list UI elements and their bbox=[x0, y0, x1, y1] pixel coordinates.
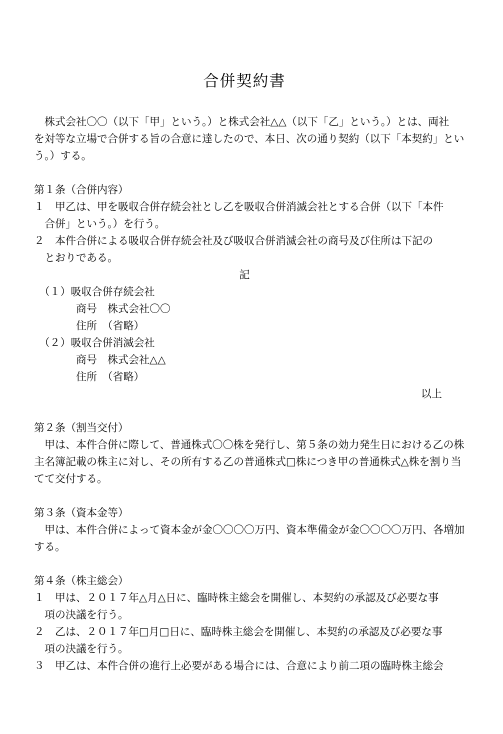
doc-blank-line bbox=[34, 165, 455, 182]
doc-line: 第４条（株主総会） bbox=[34, 573, 455, 590]
doc-line: ２ 乙は、２０１７年□月□日に、臨時株主総会を開催し、本契約の承認及び必要な事 bbox=[34, 624, 455, 641]
doc-line: する。 bbox=[34, 539, 455, 556]
doc-blank-line bbox=[34, 403, 455, 420]
doc-line: を対等な立場で合併する旨の合意に達したので、本日、次の通り契約（以下「本契約」と… bbox=[34, 131, 455, 148]
doc-line: 項の決議を行う。 bbox=[34, 641, 455, 658]
doc-line: う。）する。 bbox=[34, 148, 455, 165]
doc-blank-line bbox=[34, 488, 455, 505]
doc-line: 商号 株式会社〇〇 bbox=[34, 301, 455, 318]
doc-line: ２ 本件合併による吸収合併存続会社及び吸収合併消滅会社の商号及び住所は下記の bbox=[34, 233, 455, 250]
doc-line: 第３条（資本金等） bbox=[34, 505, 455, 522]
doc-line: １ 甲は、２０１７年△月△日に、臨時株主総会を開催し、本契約の承認及び必要な事 bbox=[34, 590, 455, 607]
doc-line: 住所 （省略） bbox=[34, 369, 455, 386]
merger-agreement-document: 合併契約書 株式会社〇〇（以下「甲」という。）と株式会社△△（以下「乙」という。… bbox=[34, 0, 455, 675]
doc-line: （２）吸収合併消滅会社 bbox=[34, 335, 455, 352]
doc-line: 記 bbox=[34, 267, 455, 284]
doc-blank-line bbox=[34, 556, 455, 573]
doc-line: （１）吸収合併存続会社 bbox=[34, 284, 455, 301]
doc-line: １ 甲乙は、甲を吸収合併存続会社とし乙を吸収合併消滅会社とする合併（以下「本件 bbox=[34, 199, 455, 216]
doc-line: 住所 （省略） bbox=[34, 318, 455, 335]
doc-line: 以上 bbox=[34, 386, 455, 403]
doc-line: とおりである。 bbox=[34, 250, 455, 267]
doc-line: 第１条（合併内容） bbox=[34, 182, 455, 199]
document-body: 株式会社〇〇（以下「甲」という。）と株式会社△△（以下「乙」という。）とは、両社… bbox=[34, 114, 455, 675]
doc-line: 甲は、本件合併によって資本金が金〇〇〇〇万円、資本準備金が金〇〇〇〇万円、各増加 bbox=[34, 522, 455, 539]
document-page: 合併契約書 株式会社〇〇（以下「甲」という。）と株式会社△△（以下「乙」という。… bbox=[0, 0, 503, 734]
document-title: 合併契約書 bbox=[34, 72, 455, 91]
doc-line: 株式会社〇〇（以下「甲」という。）と株式会社△△（以下「乙」という。）とは、両社 bbox=[34, 114, 455, 131]
doc-line: 項の決議を行う。 bbox=[34, 607, 455, 624]
doc-line: 合併」という。）を行う。 bbox=[34, 216, 455, 233]
doc-line: 第２条（割当交付） bbox=[34, 420, 455, 437]
doc-line: 商号 株式会社△△ bbox=[34, 352, 455, 369]
doc-line: ３ 甲乙は、本件合併の進行上必要がある場合には、合意により前二項の臨時株主総会 bbox=[34, 658, 455, 675]
doc-line: 甲は、本件合併に際して、普通株式〇〇株を発行し、第５条の効力発生日における乙の株 bbox=[34, 437, 455, 454]
doc-line: 主名簿記載の株主に対し、その所有する乙の普通株式□株につき甲の普通株式△株を割り… bbox=[34, 454, 455, 471]
doc-line: てて交付する。 bbox=[34, 471, 455, 488]
